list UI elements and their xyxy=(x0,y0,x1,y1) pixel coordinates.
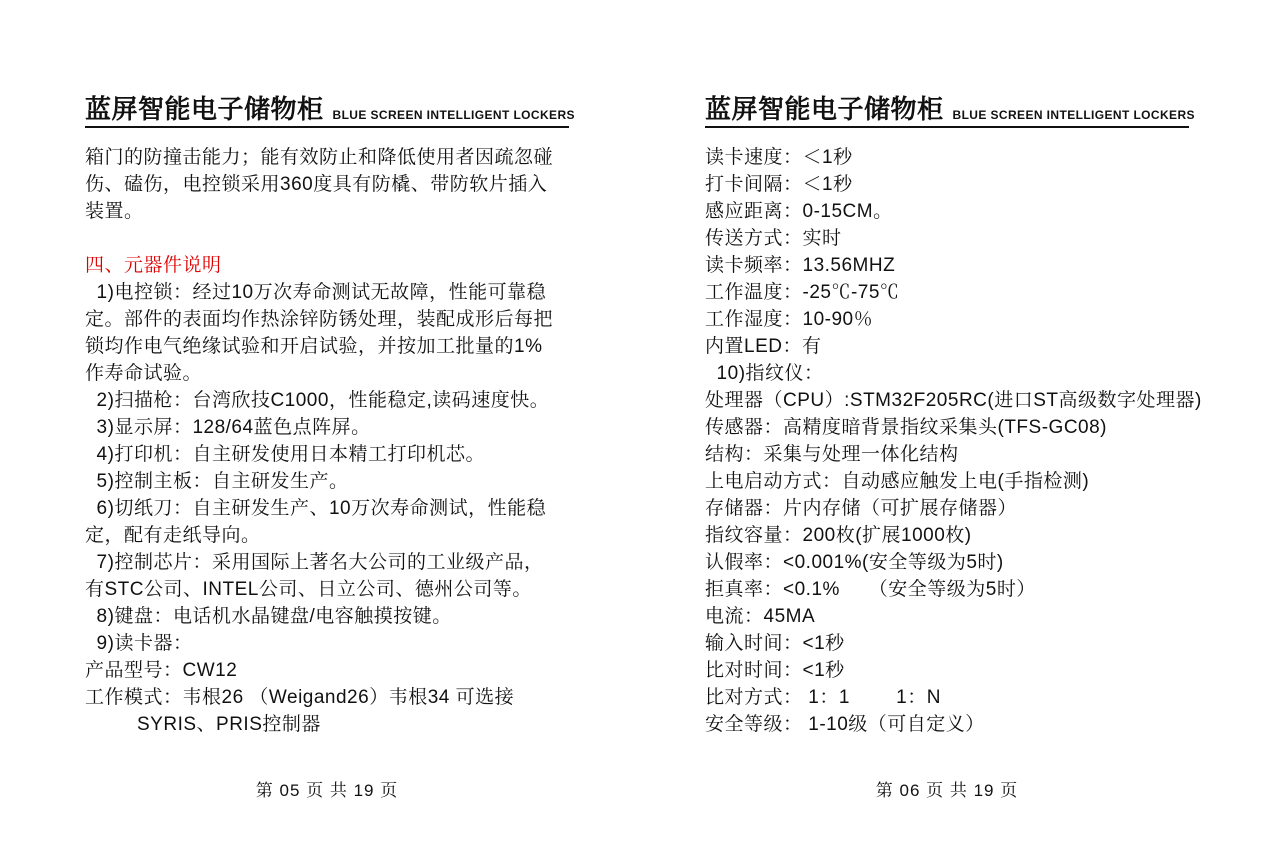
text-line: 工作湿度：10-90％ xyxy=(705,306,1189,333)
page-footer: 第 06 页 共 19 页 xyxy=(705,776,1189,801)
page-left: 蓝屏智能电子储物柜 BLUE SCREEN INTELLIGENT LOCKER… xyxy=(85,96,569,806)
page-right: 蓝屏智能电子储物柜 BLUE SCREEN INTELLIGENT LOCKER… xyxy=(705,96,1189,806)
text-line: 4)打印机：自主研发使用日本精工打印机芯。 xyxy=(85,441,569,468)
page-body: 箱门的防撞击能力；能有效防止和降低使用者因疏忽碰伤、磕伤，电控锁采用360度具有… xyxy=(85,144,569,738)
text-line: 打卡间隔：＜1秒 xyxy=(705,171,1189,198)
text-line: 产品型号：CW12 xyxy=(85,657,569,684)
text-line: 装置。 xyxy=(85,198,569,225)
text-line: 拒真率：<0.1% （安全等级为5时） xyxy=(705,576,1189,603)
text-line: 2)扫描枪：台湾欣技C1000，性能稳定,读码速度快。 xyxy=(85,387,569,414)
text-line: 比对方式： 1：1 1：N xyxy=(705,684,1189,711)
text-line: 处理器（CPU）:STM32F205RC(进口ST高级数字处理器) xyxy=(705,387,1189,414)
text-line: 工作模式：韦根26 （Weigand26）韦根34 可选接 xyxy=(85,684,569,711)
text-line: 输入时间：<1秒 xyxy=(705,630,1189,657)
text-line: 比对时间：<1秒 xyxy=(705,657,1189,684)
text-line: 10)指纹仪： xyxy=(705,360,1189,387)
text-line: 电流：45MA xyxy=(705,603,1189,630)
text-line: 3)显示屏：128/64蓝色点阵屏。 xyxy=(85,414,569,441)
text-line: 6)切纸刀：自主研发生产、10万次寿命测试，性能稳 xyxy=(85,495,569,522)
text-line: 传送方式：实时 xyxy=(705,225,1189,252)
text-line: 指纹容量：200枚(扩展1000枚) xyxy=(705,522,1189,549)
text-line: 1)电控锁：经过10万次寿命测试无故障，性能可靠稳 xyxy=(85,279,569,306)
text-line: 伤、磕伤，电控锁采用360度具有防橇、带防软片插入 xyxy=(85,171,569,198)
page-header: 蓝屏智能电子储物柜 BLUE SCREEN INTELLIGENT LOCKER… xyxy=(705,96,1189,128)
text-line: 上电启动方式：自动感应触发上电(手指检测) xyxy=(705,468,1189,495)
text-line: 作寿命试验。 xyxy=(85,360,569,387)
text-line: 读卡速度：＜1秒 xyxy=(705,144,1189,171)
text-line: 7)控制芯片：采用国际上著名大公司的工业级产品， xyxy=(85,549,569,576)
text-line: 锁均作电气绝缘试验和开启试验，并按加工批量的1% xyxy=(85,333,569,360)
section-heading: 四、元器件说明 xyxy=(85,252,569,279)
text-line: 5)控制主板：自主研发生产。 xyxy=(85,468,569,495)
brand-subtitle: BLUE SCREEN INTELLIGENT LOCKERS xyxy=(333,108,575,123)
page-body: 读卡速度：＜1秒打卡间隔：＜1秒感应距离：0-15CM。传送方式：实时读卡频率：… xyxy=(705,144,1189,738)
text-line: 感应距离：0-15CM。 xyxy=(705,198,1189,225)
text-line: 内置LED：有 xyxy=(705,333,1189,360)
text-line: 结构：采集与处理一体化结构 xyxy=(705,441,1189,468)
text-line: 定。部件的表面均作热涂锌防锈处理，装配成形后每把 xyxy=(85,306,569,333)
text-line: 工作温度：-25℃-75℃ xyxy=(705,279,1189,306)
text-line: 9)读卡器： xyxy=(85,630,569,657)
text-line: SYRIS、PRIS控制器 xyxy=(85,711,569,738)
text-line: 定，配有走纸导向。 xyxy=(85,522,569,549)
text-line: 安全等级： 1-10级（可自定义） xyxy=(705,711,1189,738)
text-line: 8)键盘：电话机水晶键盘/电容触摸按键。 xyxy=(85,603,569,630)
brand-title: 蓝屏智能电子储物柜 xyxy=(85,96,324,123)
brand-title: 蓝屏智能电子储物柜 xyxy=(705,96,944,123)
text-line: 存储器：片内存储（可扩展存储器） xyxy=(705,495,1189,522)
text-line: 读卡频率：13.56MHZ xyxy=(705,252,1189,279)
text-line: 认假率：<0.001%(安全等级为5时) xyxy=(705,549,1189,576)
page-header: 蓝屏智能电子储物柜 BLUE SCREEN INTELLIGENT LOCKER… xyxy=(85,96,569,128)
page-footer: 第 05 页 共 19 页 xyxy=(85,776,569,801)
text-line: 箱门的防撞击能力；能有效防止和降低使用者因疏忽碰 xyxy=(85,144,569,171)
text-line: 有STC公司、INTEL公司、日立公司、德州公司等。 xyxy=(85,576,569,603)
text-line: 传感器：高精度暗背景指纹采集头(TFS-GC08) xyxy=(705,414,1189,441)
brand-subtitle: BLUE SCREEN INTELLIGENT LOCKERS xyxy=(953,108,1195,123)
text-line xyxy=(85,225,569,252)
